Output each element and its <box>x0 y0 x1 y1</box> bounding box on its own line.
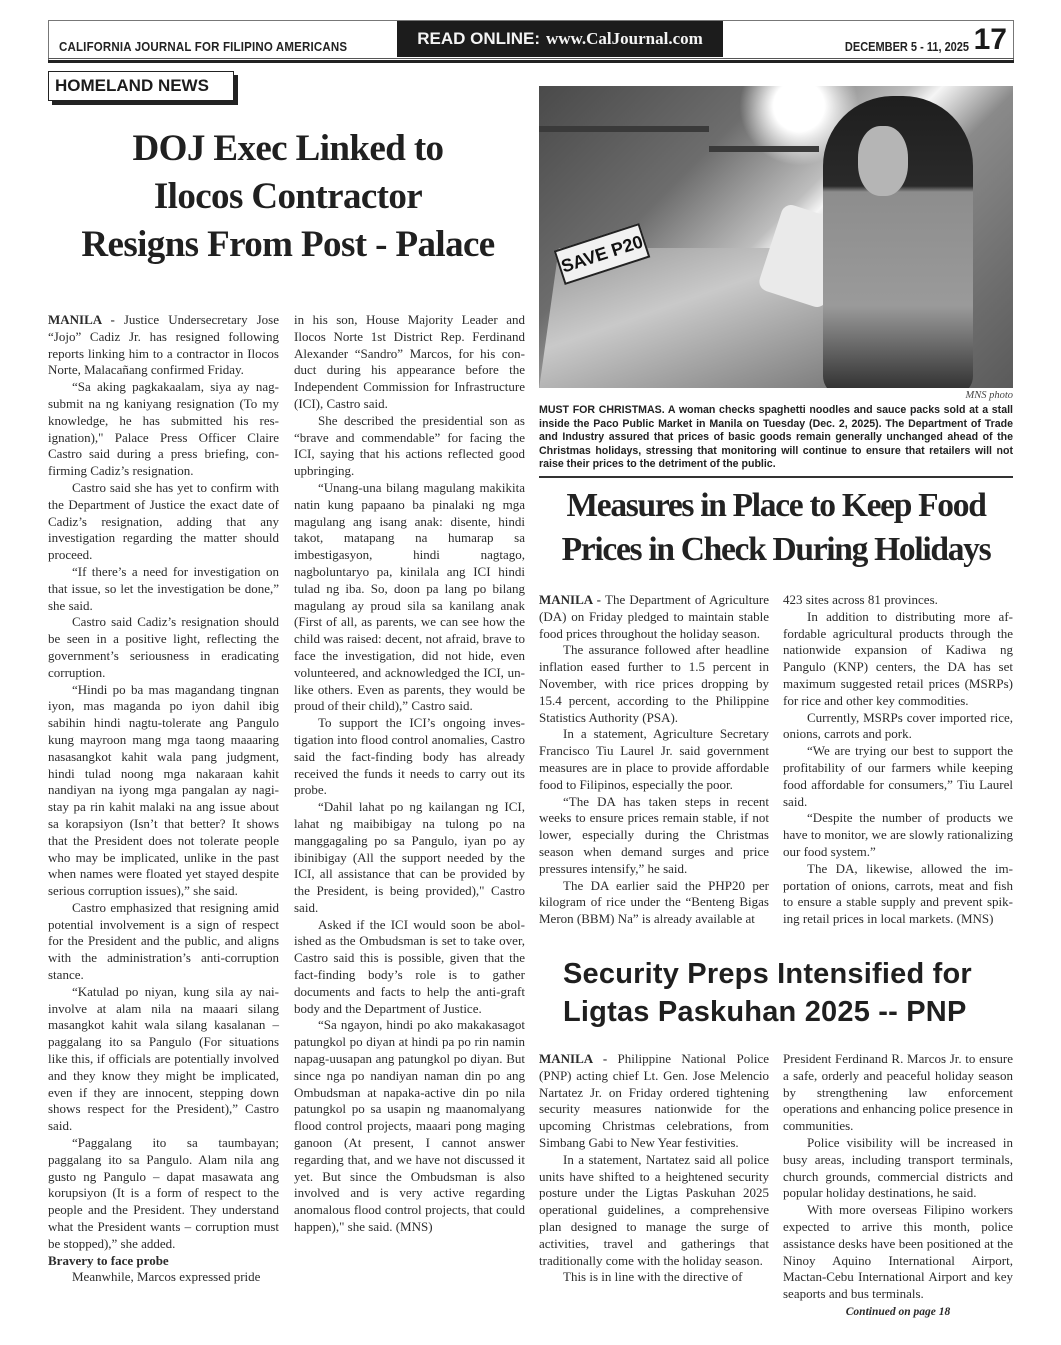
page-number: 17 <box>974 23 1007 57</box>
article3-column-1: MANILA - Philippine National Police (PNP… <box>539 1051 769 1286</box>
paragraph: Castro said she has yet to confirm with … <box>48 480 279 564</box>
masthead-divider <box>48 60 1014 63</box>
headline-line: Measures in Place to Keep Food <box>539 484 1013 528</box>
headline-line: Ligtas Paskuhan 2025 -- PNP <box>563 993 1003 1031</box>
section-label: HOMELAND NEWS <box>48 71 234 101</box>
headline-line: Ilocos Contractor <box>48 173 528 221</box>
paragraph: This is in line with the directive of <box>539 1269 769 1286</box>
article3-column-2: President Ferdinand R. Marcos Jr. to en­… <box>783 1051 1013 1321</box>
news-photo: SAVE P20 <box>539 86 1013 388</box>
photo-credit: MNS photo <box>965 390 1013 401</box>
paragraph: The DA earlier said the PHP20 per kilogr… <box>539 878 769 928</box>
paragraph: To support the ICI’s ongoing inves­tigat… <box>294 715 525 799</box>
paragraph: in his son, House Majority Leader and Il… <box>294 312 525 413</box>
article3-headline: Security Preps Intensified for Ligtas Pa… <box>563 955 1003 1031</box>
publication-name: CALIFORNIA JOURNAL FOR FILIPINO AMERICAN… <box>59 40 347 54</box>
article2-column-1: MANILA - The Department of Agricul­ture … <box>539 592 769 928</box>
paragraph: “Sa ngayon, hindi po ako makakasagot pat… <box>294 1017 525 1235</box>
paragraph: Currently, MSRPs cover imported rice, on… <box>783 710 1013 744</box>
shelf <box>539 126 709 132</box>
paragraph: Castro emphasized that resigning amid po… <box>48 900 279 984</box>
paragraph: “Unang-una bilang magulang makikita nati… <box>294 480 525 715</box>
dateline: MANILA - <box>539 592 605 607</box>
read-online-banner[interactable]: READ ONLINE: www.CalJournal.com <box>397 21 723 57</box>
caption-divider <box>539 476 1013 478</box>
paragraph: President Ferdinand R. Marcos Jr. to en­… <box>783 1051 1013 1135</box>
paragraph: “Despite the number of products we have … <box>783 810 1013 860</box>
article2-column-2: 423 sites across 81 provinces. In additi… <box>783 592 1013 928</box>
paragraph: Police visibility will be increased in b… <box>783 1135 1013 1202</box>
paragraph: “Hindi po ba mas magandang tingnan iyon,… <box>48 682 279 900</box>
paragraph: In addition to distributing more af­ford… <box>783 609 1013 710</box>
article1-column-2: in his son, House Majority Leader and Il… <box>294 312 525 1236</box>
dateline: MANILA - <box>539 1051 618 1066</box>
paragraph: “The DA has taken steps in recent weeks … <box>539 794 769 878</box>
paragraph: “Katulad po niyan, kung sila ay nai­invo… <box>48 984 279 1135</box>
paragraph: Castro said Cadiz’s resignation should b… <box>48 614 279 681</box>
masthead-divider-thin <box>48 58 1014 59</box>
paragraph: “Sa aking pagkakaalam, siya ay nag­submi… <box>48 379 279 480</box>
photo-caption: MUST FOR CHRISTMAS. A woman checks spagh… <box>539 404 1013 472</box>
paragraph: “If there’s a need for investigation on … <box>48 564 279 614</box>
paragraph: MANILA - The Department of Agricul­ture … <box>539 592 769 642</box>
headline-line: DOJ Exec Linked to <box>48 125 528 173</box>
headline-line: Prices in Check During Holidays <box>539 528 1013 572</box>
continued-link[interactable]: Continued on page 18 <box>783 1304 1013 1321</box>
read-online-label: READ ONLINE: <box>417 29 540 49</box>
article1-headline: DOJ Exec Linked to Ilocos Contractor Res… <box>48 125 528 269</box>
article2-headline: Measures in Place to Keep Food Prices in… <box>539 484 1013 572</box>
headline-line: Security Preps Intensified for <box>563 955 1003 993</box>
paragraph: With more overseas Filipino work­ers exp… <box>783 1202 1013 1303</box>
headline-line: Resigns From Post - Palace <box>48 221 528 269</box>
read-online-link[interactable]: www.CalJournal.com <box>546 29 703 49</box>
article1-column-1: MANILA - Justice Undersecretary Jose “Jo… <box>48 312 279 1286</box>
subheading: Bravery to face probe <box>48 1253 279 1270</box>
paragraph: “We are trying our best to support the p… <box>783 743 1013 810</box>
shelf <box>709 146 819 152</box>
paragraph: “Paggalang ito sa taumbayan; paggalang i… <box>48 1135 279 1253</box>
paragraph: In a statement, Nartatez said all po­lic… <box>539 1152 769 1270</box>
dateline: MANILA - <box>48 312 124 327</box>
paragraph: The assurance followed after head­line i… <box>539 642 769 726</box>
paragraph: She described the presidential son as “b… <box>294 413 525 480</box>
paragraph: “Dahil lahat po ng kailangan ng ICI, lah… <box>294 799 525 917</box>
masthead: CALIFORNIA JOURNAL FOR FILIPINO AMERICAN… <box>48 20 1014 60</box>
paragraph: MANILA - Justice Undersecretary Jose “Jo… <box>48 312 279 379</box>
woman-face <box>858 126 908 196</box>
paragraph: In a statement, Agriculture Secretary Fr… <box>539 726 769 793</box>
paragraph: 423 sites across 81 provinces. <box>783 592 1013 609</box>
issue-date: DECEMBER 5 - 11, 2025 <box>845 40 969 54</box>
paragraph: MANILA - Philippine National Police (PNP… <box>539 1051 769 1152</box>
paragraph: Meanwhile, Marcos expressed pride <box>48 1269 279 1286</box>
paragraph: Asked if the ICI would soon be abol­ishe… <box>294 917 525 1018</box>
paragraph: The DA, likewise, allowed the im­portati… <box>783 861 1013 928</box>
